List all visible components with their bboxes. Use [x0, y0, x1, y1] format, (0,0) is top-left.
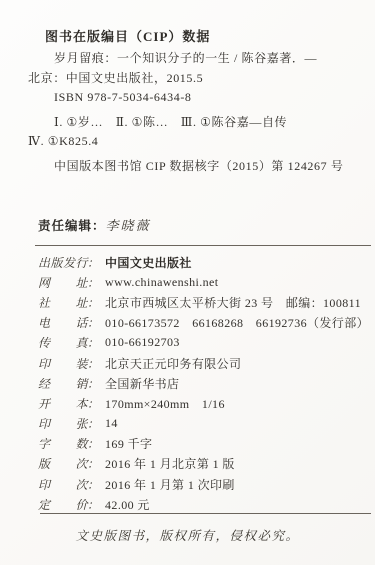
info-row-value: 170mm×240mm 1/16 [105, 395, 225, 412]
info-row-label: 定 价 [38, 496, 87, 513]
info-row-label: 开 本 [38, 395, 87, 412]
info-row-colon: ： [87, 254, 99, 271]
cip-line: 中国版本图书馆 CIP 数据核字（2015）第 124267 号 [28, 157, 358, 177]
info-row-value: 010-66173572 66168268 66192736（发行部） [105, 314, 369, 331]
publication-info-row: 印 次：2016 年 1 月第 1 次印刷 [38, 474, 368, 494]
info-row-value: 14 [105, 416, 118, 431]
info-row-label: 传 真 [38, 334, 87, 351]
divider-bottom [40, 513, 371, 514]
info-row-label: 网 址 [38, 274, 87, 291]
publication-info-block: 出版发行：中国文史出版社 网 址：www.chinawenshi.net 社 址… [38, 252, 368, 514]
publication-info-row: 字 数：169 千字 [38, 434, 368, 454]
publication-info-row: 版 次：2016 年 1 月北京第 1 版 [38, 454, 368, 474]
info-row-value: 中国文史出版社 [105, 254, 192, 271]
info-row-value: 010-66192703 [105, 335, 180, 350]
info-row-label: 出版发行 [38, 254, 87, 271]
publication-info-row: 定 价：42.00 元 [38, 494, 368, 514]
info-row-colon: ： [87, 415, 99, 432]
info-row-label: 字 数 [38, 435, 87, 452]
info-row-colon: ： [87, 274, 99, 291]
info-row-label: 印 张 [38, 415, 87, 432]
info-row-colon: ： [87, 334, 99, 351]
info-row-label: 经 销 [38, 375, 87, 392]
info-row-colon: ： [87, 435, 99, 452]
cip-line: Ⅳ. ①K825.4 [28, 132, 358, 152]
info-row-colon: ： [87, 496, 99, 513]
info-row-value: 全国新华书店 [105, 375, 179, 392]
info-row-label: 社 址 [38, 294, 87, 311]
info-row-label: 印 装 [38, 355, 87, 372]
info-row-value: 2016 年 1 月北京第 1 版 [105, 455, 235, 472]
cip-line: 岁月留痕：一个知识分子的一生 / 陈谷嘉著．— [28, 49, 358, 69]
publication-info-row: 网 址：www.chinawenshi.net [38, 272, 368, 292]
cip-lines: 岁月留痕：一个知识分子的一生 / 陈谷嘉著．— 北京：中国文史出版社，2015.… [28, 49, 358, 176]
publication-info-row: 开 本：170mm×240mm 1/16 [38, 393, 368, 413]
publication-info-row: 印 张：14 [38, 414, 368, 434]
info-row-label: 版 次 [38, 455, 87, 472]
info-row-label: 电 话 [38, 314, 87, 331]
publication-info-row: 社 址：北京市西城区太平桥大街 23 号 邮编：100811 [38, 292, 368, 312]
info-row-colon: ： [87, 375, 99, 392]
info-row-colon: ： [87, 355, 99, 372]
cip-line: 北京：中国文史出版社，2015.5 [28, 69, 358, 89]
editor-label: 责任编辑： [38, 219, 106, 233]
info-row-colon: ： [87, 294, 99, 311]
book-copyright-page: 图书在版编目（CIP）数据 岁月留痕：一个知识分子的一生 / 陈谷嘉著．— 北京… [0, 0, 375, 565]
info-row-value: 2016 年 1 月第 1 次印刷 [105, 476, 235, 493]
editor-line: 责任编辑：李晓薇 [38, 215, 151, 234]
publication-info-row: 经 销：全国新华书店 [38, 373, 368, 393]
info-row-value: 169 千字 [105, 435, 152, 452]
cip-heading: 图书在版编目（CIP）数据 [45, 26, 210, 45]
info-row-colon: ： [87, 395, 99, 412]
divider-top [35, 245, 371, 246]
info-row-value: 北京市西城区太平桥大街 23 号 邮编：100811 [105, 294, 361, 311]
publication-info-row: 电 话：010-66173572 66168268 66192736（发行部） [38, 313, 368, 333]
info-row-colon: ： [87, 314, 99, 331]
info-row-value: 42.00 元 [105, 496, 150, 513]
publication-info-row: 印 装：北京天正元印务有限公司 [38, 353, 368, 373]
info-row-value: 北京天正元印务有限公司 [105, 355, 241, 372]
copyright-notice: 文史版图书，版权所有，侵权必究。 [0, 526, 375, 544]
info-row-colon: ： [87, 455, 99, 472]
editor-name: 李晓薇 [106, 218, 151, 233]
info-row-value: www.chinawenshi.net [105, 275, 218, 290]
info-row-label: 印 次 [38, 476, 87, 493]
cip-line: Ⅰ. ①岁… Ⅱ. ①陈… Ⅲ. ①陈谷嘉—自传 [28, 113, 358, 133]
cip-line: ISBN 978-7-5034-6434-8 [28, 88, 358, 108]
info-row-colon: ： [87, 476, 99, 493]
publication-info-row: 出版发行：中国文史出版社 [38, 252, 368, 272]
publication-info-row: 传 真：010-66192703 [38, 333, 368, 353]
